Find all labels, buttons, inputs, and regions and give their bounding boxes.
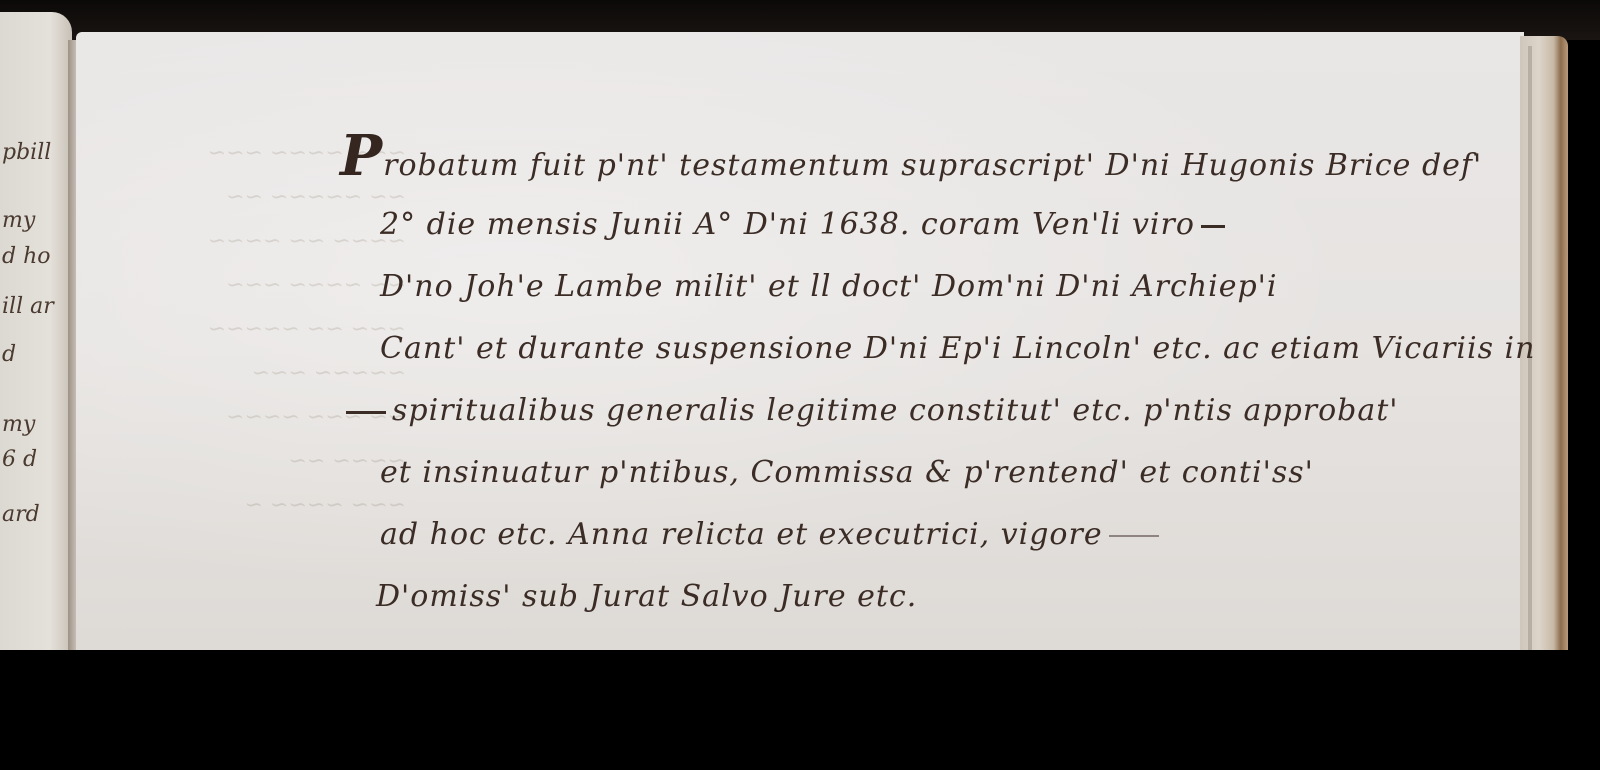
left-page-fragment: 6 d: [2, 447, 37, 472]
line-text: 2° die mensis Junii A° D'ni 1638. coram …: [380, 207, 1195, 242]
probate-entry: Probatum fuit p'nt' testamentum suprascr…: [340, 108, 1530, 628]
line-text: D'omiss' sub Jurat Salvo Jure etc.: [376, 579, 917, 614]
line-text: spiritualibus generalis legitime constit…: [392, 393, 1399, 428]
entry-line-5: spiritualibus generalis legitime constit…: [340, 380, 1530, 442]
entry-line-2: 2° die mensis Junii A° D'ni 1638. coram …: [380, 194, 1530, 256]
left-page-fragment: d: [2, 342, 16, 367]
line-text: D'no Joh'e Lambe milit' et ll doct' Dom'…: [380, 269, 1278, 304]
left-page-fragment: d ho: [2, 244, 51, 269]
left-page-fragment: ard: [2, 502, 40, 527]
left-page-fragment: ill ar: [2, 294, 54, 319]
entry-line-7: ad hoc etc. Anna relicta et executrici, …: [380, 504, 1530, 566]
left-page-fragment: my: [2, 208, 35, 233]
entry-line-3: D'no Joh'e Lambe milit' et ll doct' Dom'…: [380, 256, 1530, 318]
line-filler: [346, 411, 386, 414]
line-filler: [1201, 225, 1225, 228]
facing-page-left: pbill my d ho ill ar d my 6 d ard: [0, 12, 72, 652]
photo-bottom-band: [0, 650, 1600, 770]
entry-line-8: D'omiss' sub Jurat Salvo Jure etc.: [376, 566, 1530, 628]
entry-line-6: et insinuatur p'ntibus, Commissa & p'ren…: [380, 442, 1530, 504]
line-text: Cant' et durante suspensione D'ni Ep'i L…: [380, 331, 1535, 366]
line-text: robatum fuit p'nt' testamentum suprascri…: [383, 148, 1482, 183]
initial-letter: P: [340, 123, 383, 189]
left-page-fragment: my: [2, 412, 35, 437]
line-text: ad hoc etc. Anna relicta et executrici, …: [380, 517, 1103, 552]
line-text: et insinuatur p'ntibus, Commissa & p'ren…: [380, 455, 1314, 490]
entry-line-4: Cant' et durante suspensione D'ni Ep'i L…: [380, 318, 1530, 380]
left-page-fragment: pbill: [2, 140, 51, 165]
line-filler: [1109, 535, 1159, 537]
entry-line-1: Probatum fuit p'nt' testamentum suprascr…: [340, 108, 1530, 194]
